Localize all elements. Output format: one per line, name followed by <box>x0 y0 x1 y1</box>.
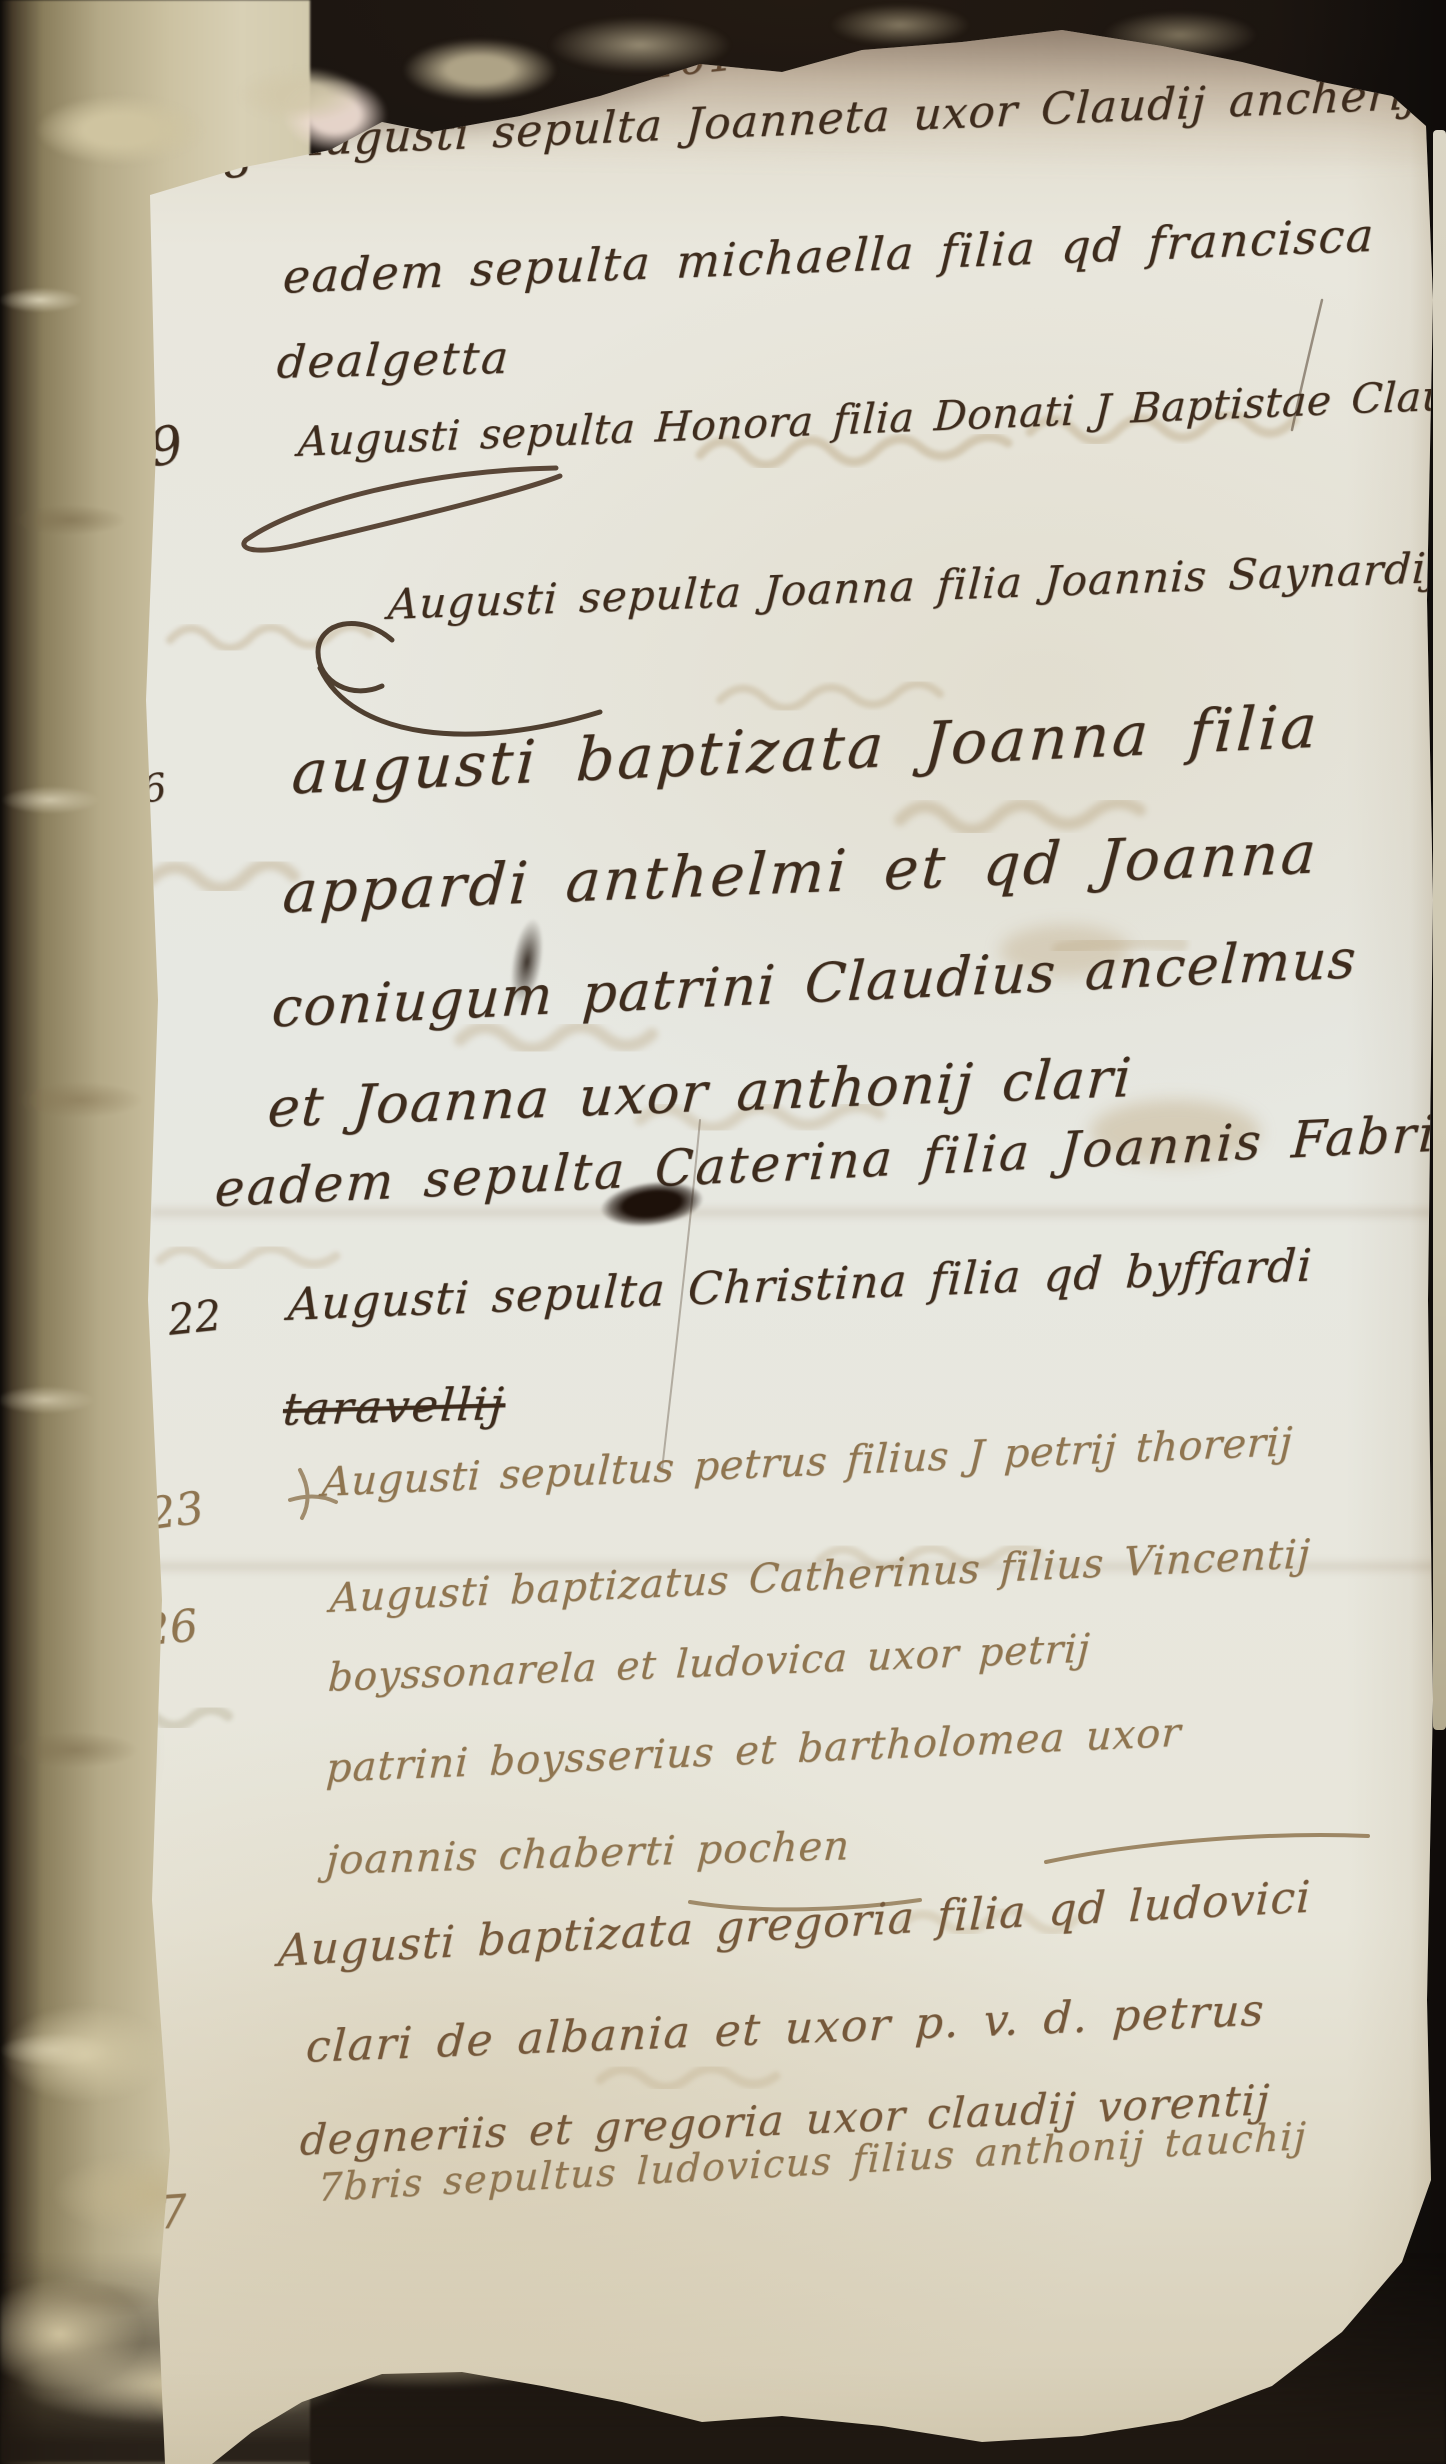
register-line: boyssonarela et ludovica uxor petrij <box>327 1627 1091 1701</box>
register-line: patrini boysserius et bartholomea uxor <box>325 1710 1183 1792</box>
ink-smear <box>505 916 548 1008</box>
register-line-struck: taravellij <box>281 1377 507 1436</box>
register-line: Augusti sepultus petrus filius J petrij … <box>321 1419 1294 1506</box>
photo-backdrop <box>0 0 1446 2464</box>
margin-flourish-entry3 <box>318 623 600 734</box>
register-line: dealgetta <box>275 331 512 389</box>
pochen-dash <box>1046 1835 1368 1862</box>
ink-blot-correction <box>598 1176 707 1232</box>
burned-top-edge <box>0 0 1446 220</box>
crease-line <box>1292 300 1322 430</box>
margin-day-number: 31 <box>99 1934 168 1998</box>
margin-flourish-day9 <box>244 468 560 550</box>
register-line: eadem sepulta michaella filia qd francis… <box>282 208 1376 304</box>
register-line: eadem sepulta Caterina filia Joannis Fab… <box>213 1104 1438 1218</box>
margin-day-number: 26 <box>139 1600 200 1657</box>
margin-day-number: 8 <box>218 132 255 190</box>
paper-page: 1610 8 Augusti sepulta Joanneta uxor Cla… <box>0 0 1446 2464</box>
margin-day-number: 9 <box>145 415 188 480</box>
register-line: appardi anthelmi et qd Joanna <box>281 818 1321 926</box>
register-line: joannis chaberti pochen <box>325 1823 852 1884</box>
register-line: et Joanna uxor anthonij clari <box>266 1046 1135 1139</box>
register-line: Augusti sepulta Joanneta uxor Claudij an… <box>291 69 1421 167</box>
crease-line <box>662 1120 700 1470</box>
register-line: degneriis et gregoria uxor claudij voren… <box>299 2075 1271 2165</box>
under-pages-bottom <box>0 2254 1446 2464</box>
margin-day-number: 22 <box>165 1291 223 1345</box>
register-line: clari de albania et uxor p. v. d. petrus <box>305 1985 1266 2073</box>
register-line: Augusti baptizata gregoria filia qd ludo… <box>277 1872 1312 1977</box>
frayed-corner-bottom-left <box>0 1924 380 2464</box>
register-line: coniugum patrini Claudius ancelmus <box>270 927 1359 1040</box>
tan-smudge <box>1000 925 1130 977</box>
next-page-edge <box>1433 130 1446 1730</box>
margin-day-number: 23 <box>144 1482 207 1540</box>
register-line: Augusti sepulta Honora filia Donati J Ba… <box>297 370 1446 466</box>
margin-day-number: 16 <box>116 765 169 814</box>
register-line: 7bris sepultus ludovicus filius anthonij… <box>317 2114 1308 2210</box>
pochen-underline <box>690 1900 920 1909</box>
register-line: Augusti sepulta Joanna filia Joannis Say… <box>387 538 1446 629</box>
torn-paper-fragments <box>0 0 1446 240</box>
binding-edge <box>0 0 310 2464</box>
register-line: augusti baptizata Joanna filia <box>290 691 1322 808</box>
register-line: Augusti sepulta Christina filia qd byffa… <box>287 1239 1314 1331</box>
fold-shadow <box>150 1562 1440 1571</box>
entry23-scribble <box>290 1470 336 1518</box>
register-line: Augusti baptizatus Catherinus filius Vin… <box>329 1531 1311 1622</box>
dark-spot <box>70 1680 144 1820</box>
manuscript-photo: 1610 8 Augusti sepulta Joanneta uxor Cla… <box>0 0 1446 2464</box>
ink-bleed-through <box>0 0 1446 2464</box>
fold-shadow <box>150 1208 1440 1217</box>
tan-smudge <box>1090 1100 1260 1164</box>
page-year: 1610 <box>652 30 765 88</box>
margin-day-number: 7 <box>156 2184 189 2240</box>
